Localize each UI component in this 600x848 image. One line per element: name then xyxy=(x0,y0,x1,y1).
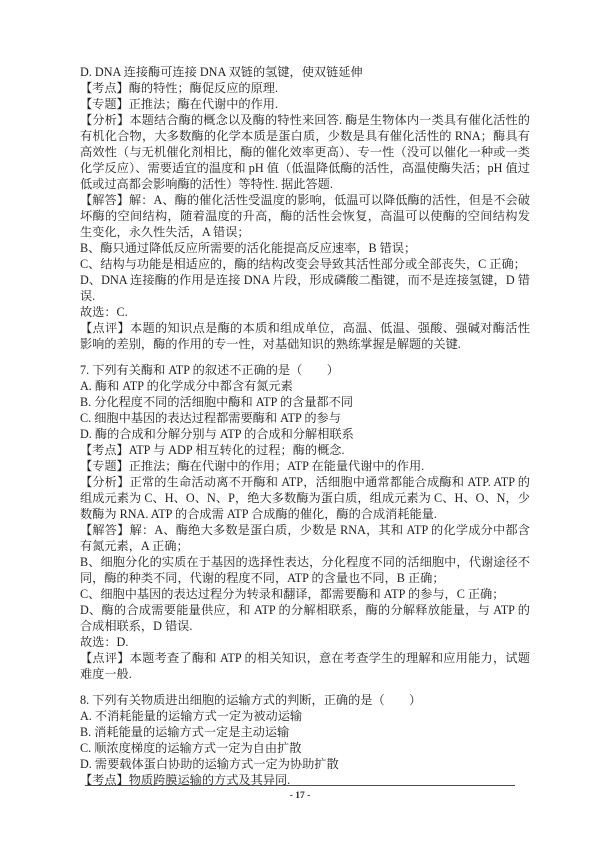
q7-stem: 7. 下列有关酶和 ATP 的叙述不正确的是（ ） xyxy=(80,362,530,378)
q6-zhuanti: 【专题】正推法；酶在代谢中的作用. xyxy=(80,96,530,112)
q7-kaodian: 【考点】ATP 与 ADP 相互转化的过程；酶的概念. xyxy=(80,442,530,458)
q7-option-b: B. 分化程度不同的活细胞中酶和 ATP 的含量都不同 xyxy=(80,394,530,410)
q8-stem: 8. 下列有关物质进出细胞的运输方式的判断，正确的是（ ） xyxy=(80,692,530,708)
q6-option-d: D. DNA 连接酶可连接 DNA 双链的氢键，使双链延伸 xyxy=(80,64,530,80)
q7-zhuanti: 【专题】正推法；酶在代谢中的作用；ATP 在能量代谢中的作用. xyxy=(80,458,530,474)
q7-jieda-b: B、细胞分化的实质在于基因的选择性表达，分化程度不同的活细胞中，代谢途径不同，酶… xyxy=(80,554,530,586)
q7-jieda-c: C、细胞中基因的表达过程分为转录和翻译，都需要酶和 ATP 的参与，C 正确； xyxy=(80,586,530,602)
q7-guxuan: 故选：D. xyxy=(80,634,530,650)
content-area: D. DNA 连接酶可连接 DNA 双链的氢键，使双链延伸 【考点】酶的特性；酶… xyxy=(80,64,530,788)
q6-jieda-a: 【解答】解：A、酶的催化活性受温度的影响，低温可以降低酶的活性，但是不会破坏酶的… xyxy=(80,192,530,240)
q8-option-a: A. 不消耗能量的运输方式一定为被动运输 xyxy=(80,708,530,724)
q7-jieda-a: 【解答】解：A、酶绝大多数是蛋白质，少数是 RNA，其和 ATP 的化学成分中都… xyxy=(80,522,530,554)
q7-option-a: A. 酶和 ATP 的化学成分中都含有氮元素 xyxy=(80,378,530,394)
q6-fenxi: 【分析】本题结合酶的概念以及酶的特性来回答. 酶是生物体内一类具有催化活性的有机… xyxy=(80,112,530,192)
q8-option-d: D. 需要载体蛋白协助的运输方式一定为协助扩散 xyxy=(80,756,530,772)
q7-option-d: D. 酶的合成和分解分别与 ATP 的合成和分解相联系 xyxy=(80,426,530,442)
page-number: - 17 - xyxy=(0,791,600,801)
q8-option-b: B. 消耗能量的运输方式一定是主动运输 xyxy=(80,724,530,740)
q6-kaodian: 【考点】酶的特性；酶促反应的原理. xyxy=(80,80,530,96)
q7-dianping: 【点评】本题考查了酶和 ATP 的相关知识，意在考查学生的理解和应用能力，试题难… xyxy=(80,650,530,682)
document-page: D. DNA 连接酶可连接 DNA 双链的氢键，使双链延伸 【考点】酶的特性；酶… xyxy=(0,0,600,848)
q6-jieda-d: D、DNA 连接酶的作用是连接 DNA 片段，形成磷酸二酯键，而不是连接氢键，D… xyxy=(80,272,530,304)
q7-option-c: C. 细胞中基因的表达过程都需要酶和 ATP 的参与 xyxy=(80,410,530,426)
q6-jieda-b: B、酶只通过降低反应所需要的活化能提高反应速率，B 错误； xyxy=(80,240,530,256)
q6-dianping: 【点评】本题的知识点是酶的本质和组成单位，高温、低温、强酸、强碱对酶活性影响的差… xyxy=(80,320,530,352)
q6-jieda-c: C、结构与功能是相适应的，酶的结构改变会导致其活性部分或全部丧失，C 正确； xyxy=(80,256,530,272)
q6-guxuan: 故选：C. xyxy=(80,304,530,320)
footer-divider xyxy=(85,785,515,786)
q7-fenxi: 【分析】正常的生命活动离不开酶和 ATP，活细胞中通常都能合成酶和 ATP. A… xyxy=(80,474,530,522)
q8-option-c: C. 顺浓度梯度的运输方式一定为自由扩散 xyxy=(80,740,530,756)
q7-jieda-d: D、酶的合成需要能量供应，和 ATP 的分解相联系，酶的分解释放能量，与 ATP… xyxy=(80,602,530,634)
